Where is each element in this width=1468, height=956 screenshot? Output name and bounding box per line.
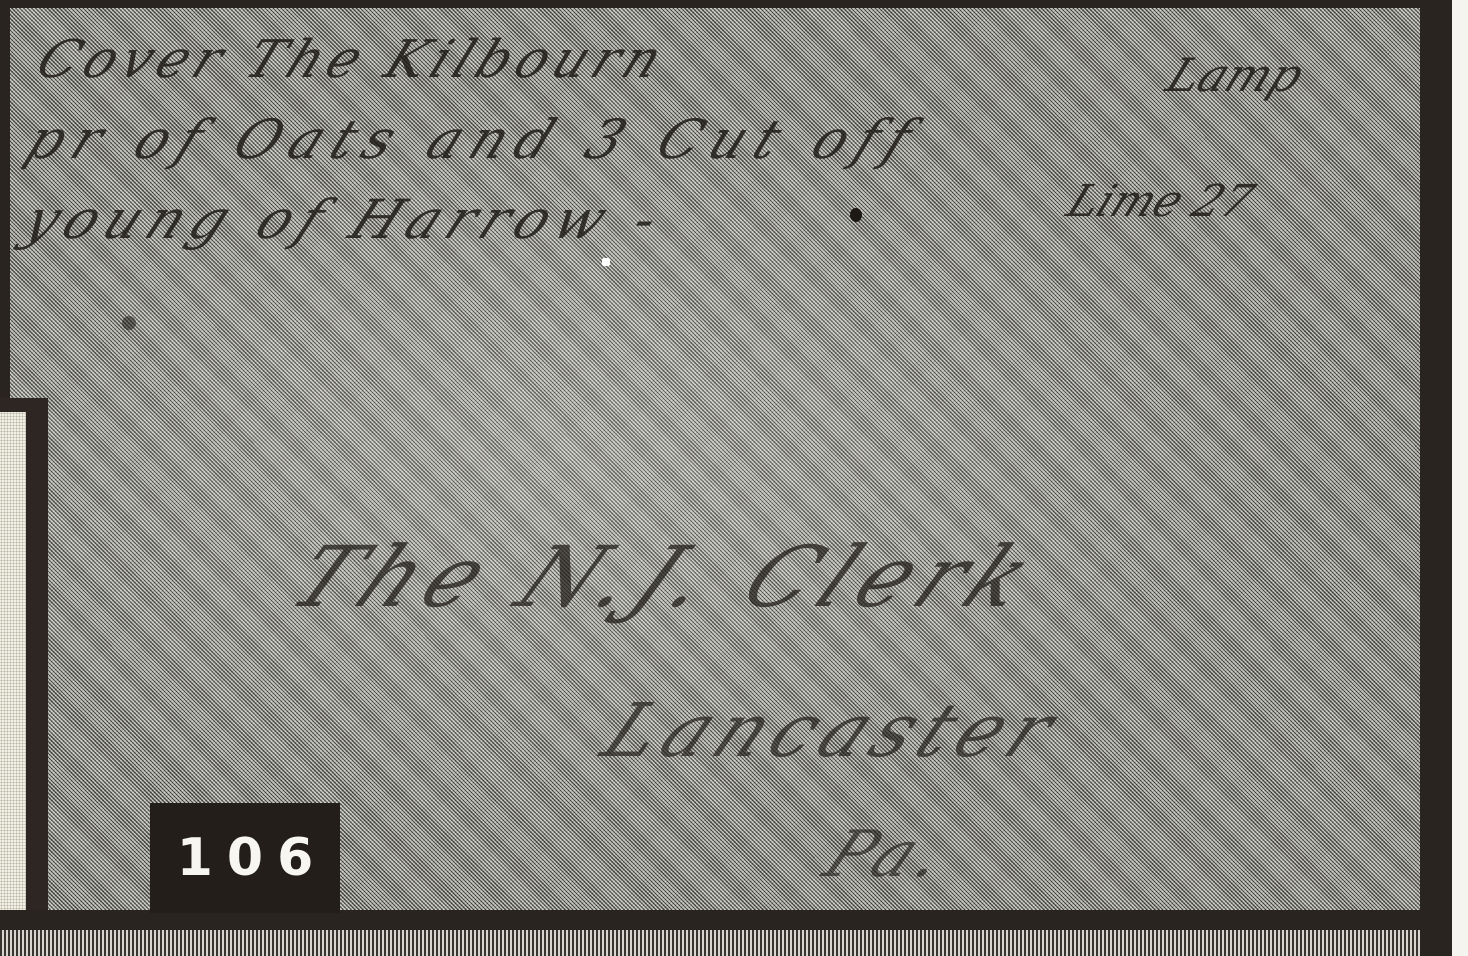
- bottom-border: [0, 910, 1452, 930]
- plate-number: 106: [163, 828, 328, 888]
- print-speck: [602, 258, 610, 266]
- left-adjacent-page: [0, 412, 26, 920]
- envelope-photo: Cover The Kilbourn pr of Oats and 3 Cut …: [10, 8, 1420, 910]
- handwriting-line-2: pr of Oats and 3 Cut off: [17, 108, 930, 171]
- handwriting-line-3: young of Harrow -: [14, 188, 677, 251]
- page-margin: [1452, 0, 1468, 956]
- address-line-2: Lancaster: [589, 688, 1076, 774]
- address-line-3: Pa.: [812, 818, 965, 892]
- plate-number-label: 106: [150, 803, 340, 913]
- ink-blot: [850, 208, 862, 222]
- handwriting-top-right-1: Lamp: [1159, 48, 1312, 102]
- handwriting-top-right-2: Lime 27: [1060, 176, 1262, 227]
- adjacent-image-strip: [0, 930, 1452, 956]
- address-line-1: The N.J. Clerk: [274, 528, 1060, 626]
- left-panel-border: [26, 398, 48, 920]
- handwriting-line-1: Cover The Kilbourn: [28, 30, 677, 90]
- ink-smudge: [122, 316, 136, 330]
- right-border: [1420, 0, 1452, 956]
